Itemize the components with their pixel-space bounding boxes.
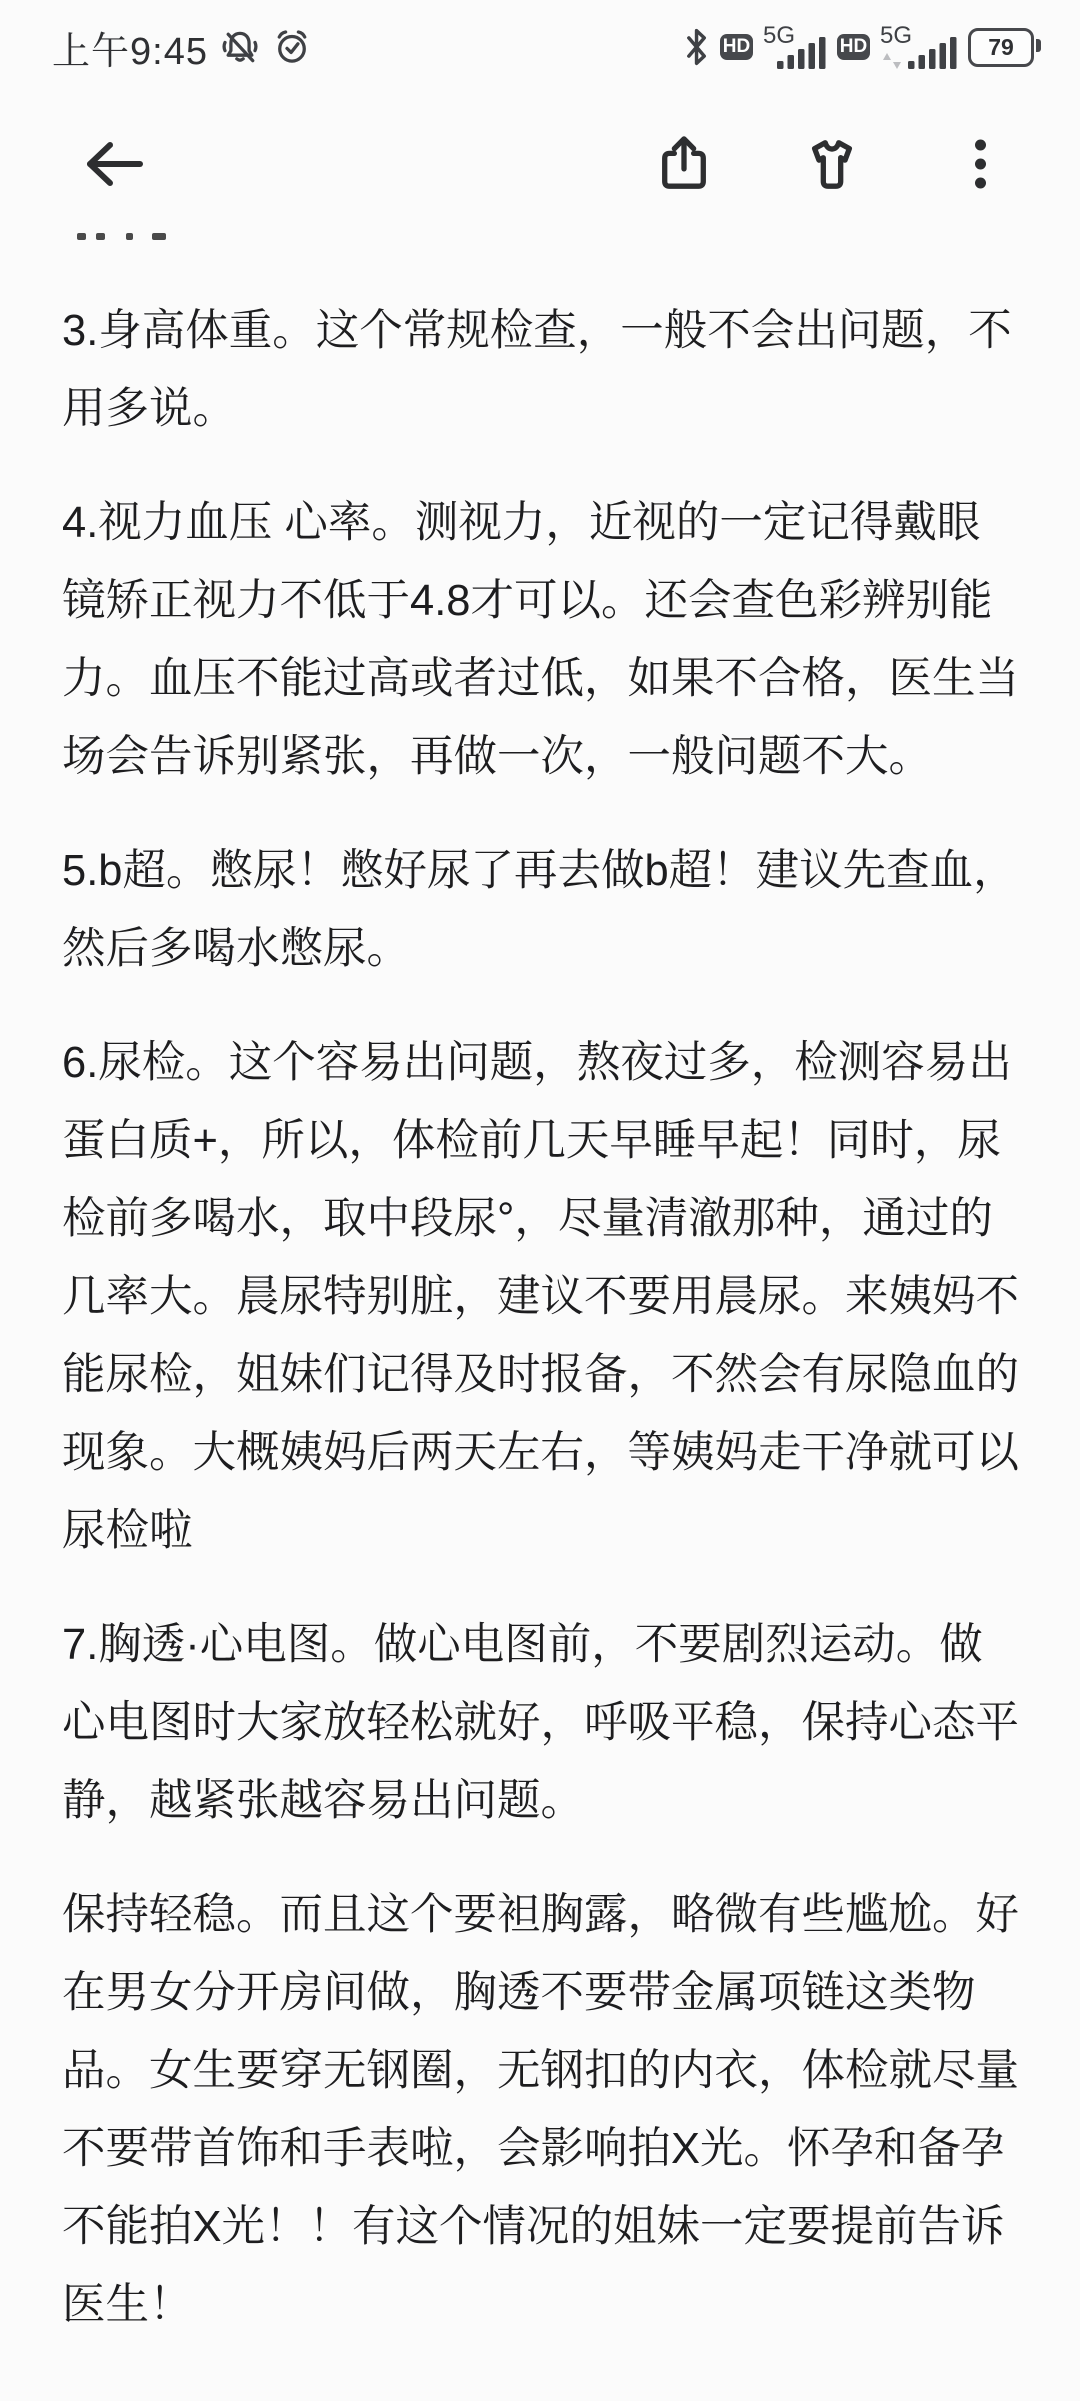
- status-bar: 上午9:45: [0, 0, 1080, 88]
- hd-badge-sim2: HD: [837, 34, 870, 60]
- vertical-ellipsis-icon: [974, 139, 987, 189]
- t-shirt-icon: [803, 136, 861, 192]
- share-icon: [657, 134, 711, 194]
- status-bar-left: 上午9:45: [52, 20, 312, 75]
- toolbar-actions: [656, 132, 1008, 196]
- data-activity-arrows-icon: [882, 53, 902, 69]
- note-paragraph: 保持轻稳。而且这个要袒胸露，略微有些尴尬。好在男女分开房间做，胸透不要带金属项链…: [62, 1876, 1022, 2344]
- note-paragraph: 7.胸透·心电图。做心电图前，不要剧烈运动。做心电图时大家放轻松就好，呼吸平稳，…: [62, 1606, 1022, 1840]
- note-theme-button[interactable]: [804, 132, 860, 196]
- screen: 上午9:45: [0, 0, 1080, 2401]
- signal-sim1: 5G: [763, 22, 827, 72]
- note-paragraph: 4.视力血压 心率。测视力，近视的一定记得戴眼镜矫正视力不低于4.8才可以。还会…: [62, 484, 1022, 796]
- back-button[interactable]: [82, 138, 148, 190]
- note-paragraph: 6.尿检。这个容易出问题，熬夜过多，检测容易出蛋白质+，所以，体检前几天早睡早起…: [62, 1024, 1022, 1570]
- hd-badge-sim1: HD: [720, 34, 753, 60]
- battery-nub: [1036, 39, 1041, 52]
- alarm-icon: [272, 27, 312, 67]
- toolbar: [0, 88, 1080, 240]
- signal-sim2: 5G: [880, 22, 958, 72]
- share-button[interactable]: [656, 132, 712, 196]
- note-paragraph: 3.身高体重。这个常规检查，一般不会出问题，不用多说。: [62, 292, 1022, 448]
- status-time: 上午9:45: [52, 20, 208, 75]
- bluetooth-icon: [684, 27, 710, 67]
- signal-bars-icon: [777, 37, 827, 69]
- note-paragraph: 5.b超。憋尿！憋好尿了再去做b超！建议先查血，然后多喝水憋尿。: [62, 832, 1022, 988]
- signal-bars-icon: [908, 37, 958, 69]
- more-options-button[interactable]: [952, 132, 1008, 196]
- status-bar-right: HD 5G HD 5G: [684, 22, 1040, 72]
- mute-icon: [220, 27, 260, 67]
- note-content: 3.身高体重。这个常规检查，一般不会出问题，不用多说。 4.视力血压 心率。测视…: [0, 240, 1080, 2401]
- battery-indicator: 79: [968, 28, 1034, 67]
- battery-percent: 79: [988, 34, 1014, 61]
- arrow-left-icon: [82, 138, 148, 190]
